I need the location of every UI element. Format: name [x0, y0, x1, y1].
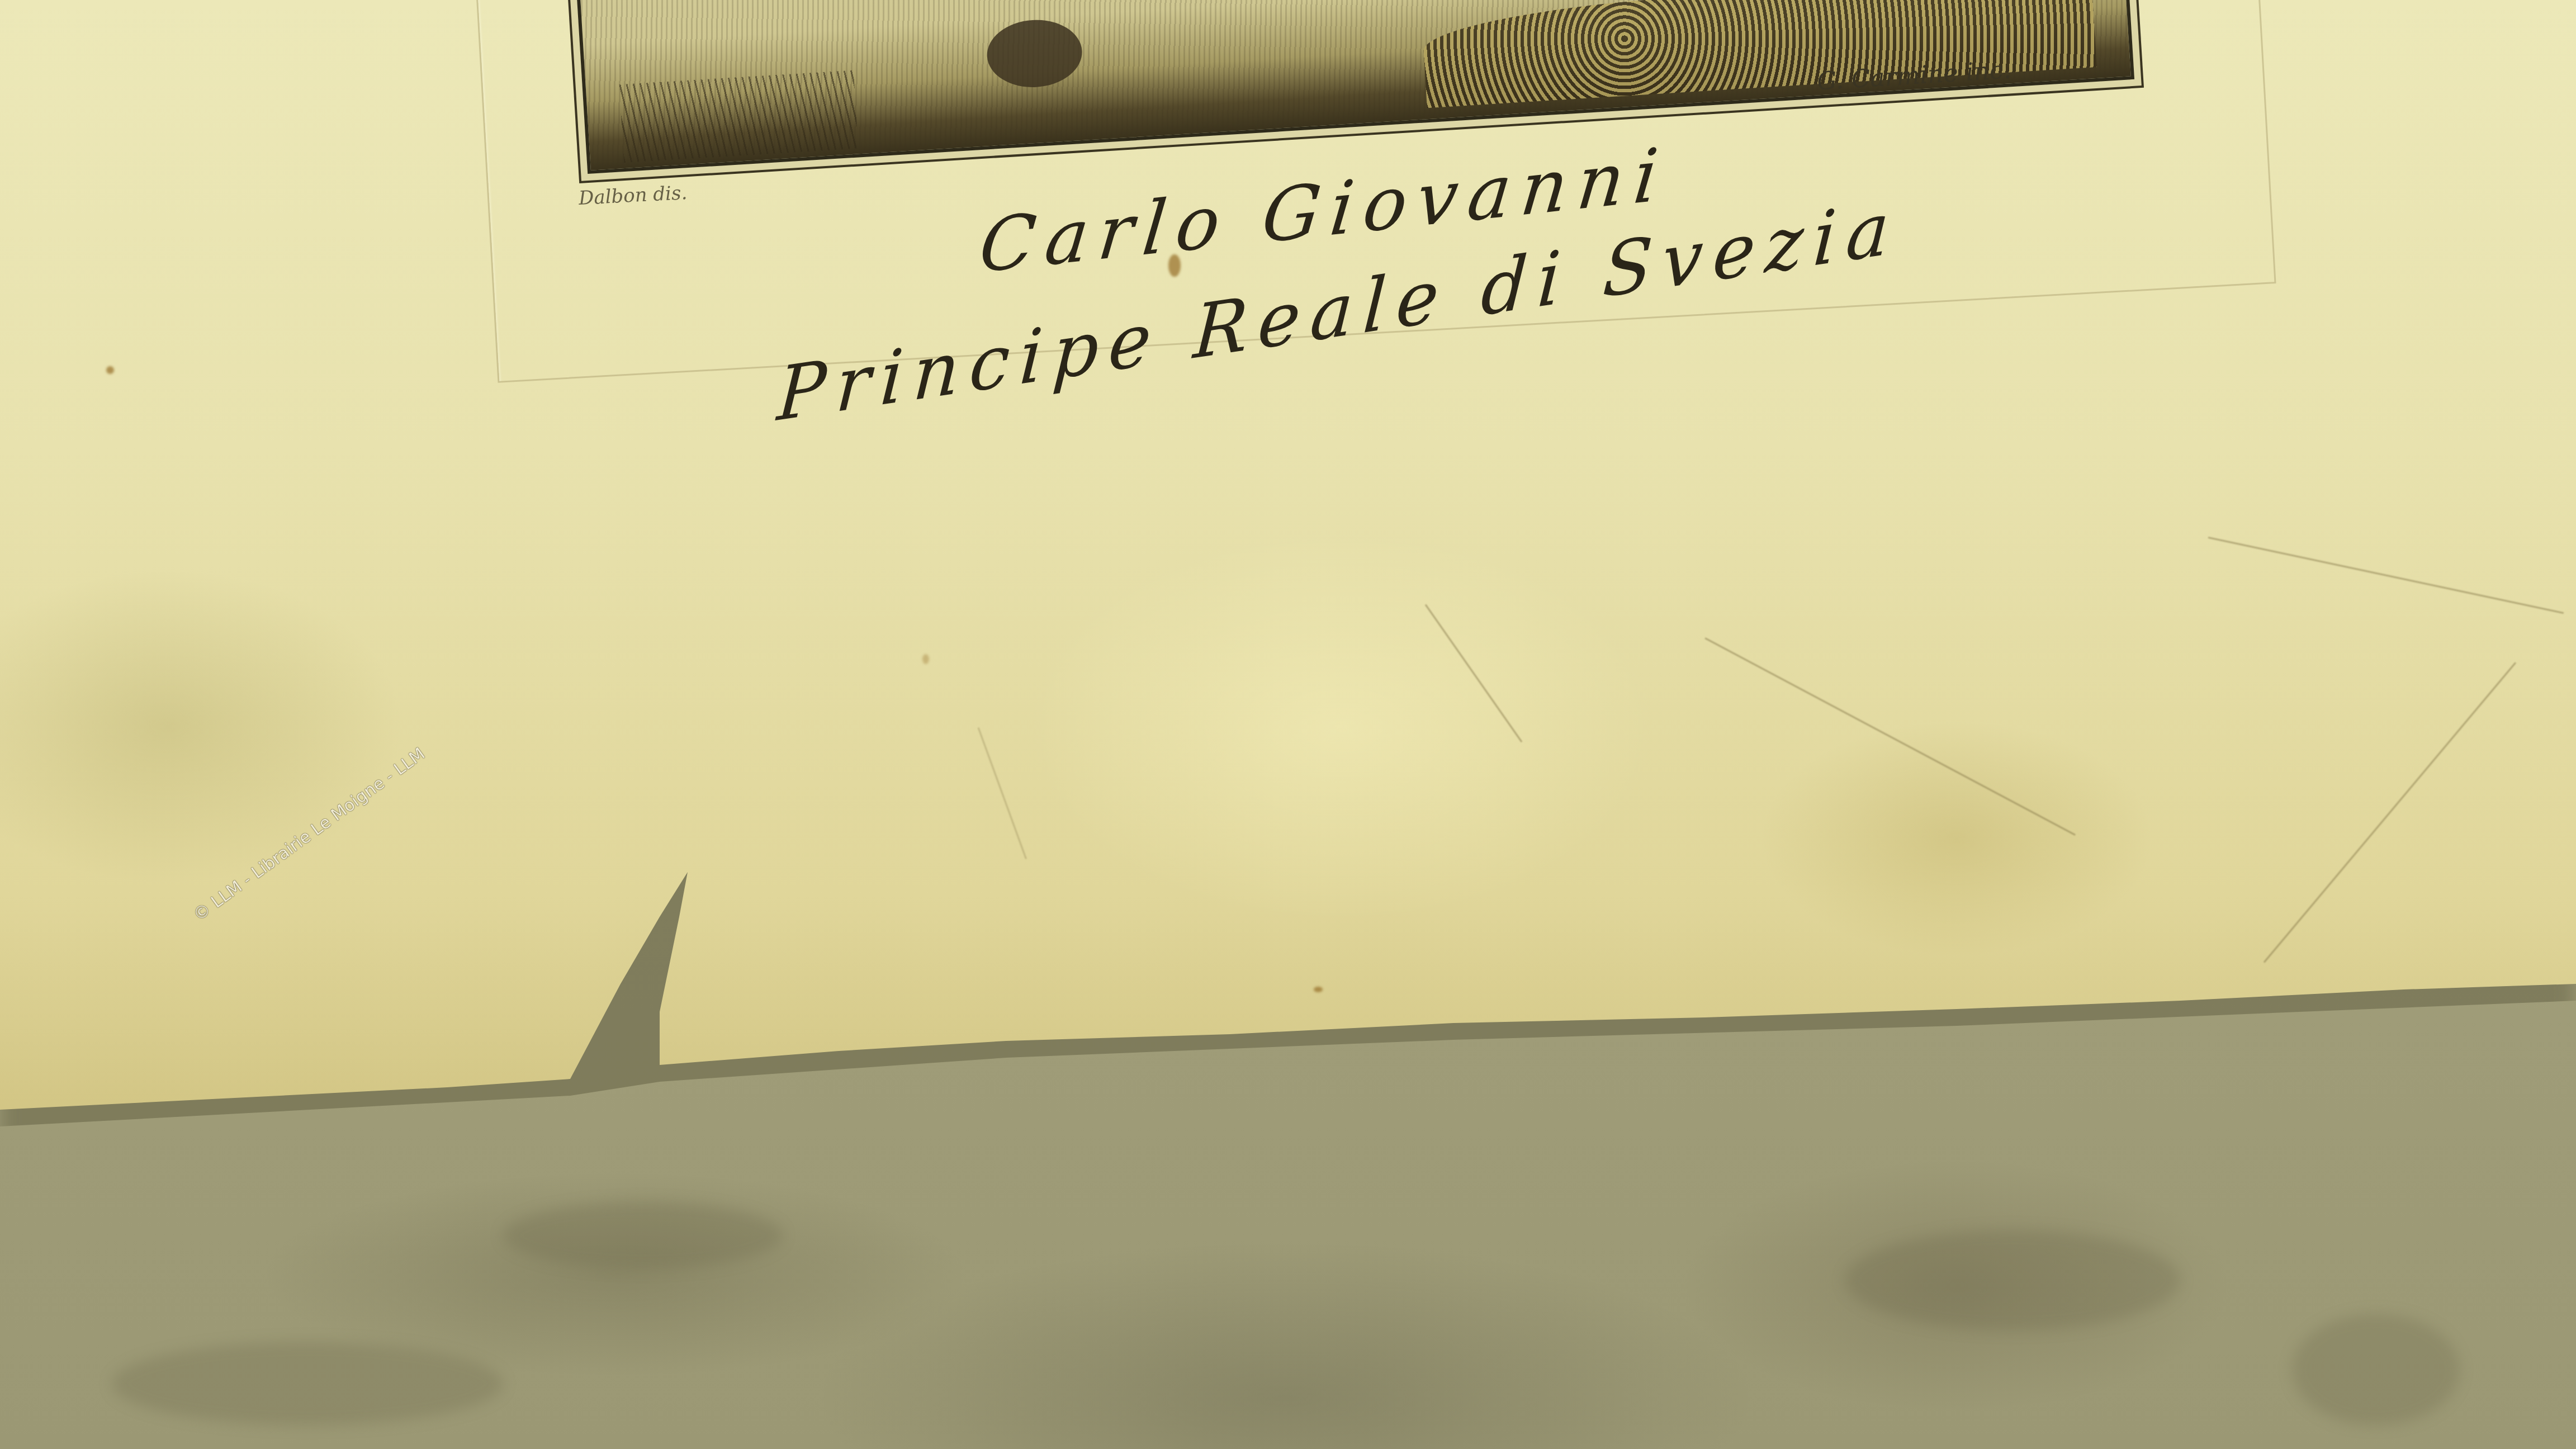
foxing-stain — [1314, 987, 1323, 992]
copyright-watermark: © LLM - Librairie Le Moigne - LLM — [190, 744, 429, 925]
artist-credit: Dalbon dis. — [578, 182, 688, 210]
marble-vein — [112, 1342, 503, 1426]
foxing-stain — [922, 654, 929, 664]
engraving-shrub — [619, 70, 859, 163]
paper-crease — [2208, 537, 2564, 614]
marble-vein — [503, 1202, 783, 1269]
paper-crease — [1425, 604, 1523, 742]
foxing-stain — [1168, 254, 1181, 277]
marble-vein — [1845, 1230, 2180, 1330]
engraving-figure — [985, 17, 1084, 90]
marble-vein — [2292, 1314, 2460, 1426]
paper-crease — [978, 727, 1027, 859]
antique-paper-sheet: Dalbon dis. G. Carmine inc. Carlo Giovan… — [0, 0, 2576, 1118]
paper-crease — [1704, 637, 2076, 836]
engraving-ground — [1421, 0, 2096, 108]
paper-crease — [2264, 662, 2516, 963]
foxing-stain — [106, 366, 114, 374]
photo-scene: Dalbon dis. G. Carmine inc. Carlo Giovan… — [0, 0, 2576, 1449]
